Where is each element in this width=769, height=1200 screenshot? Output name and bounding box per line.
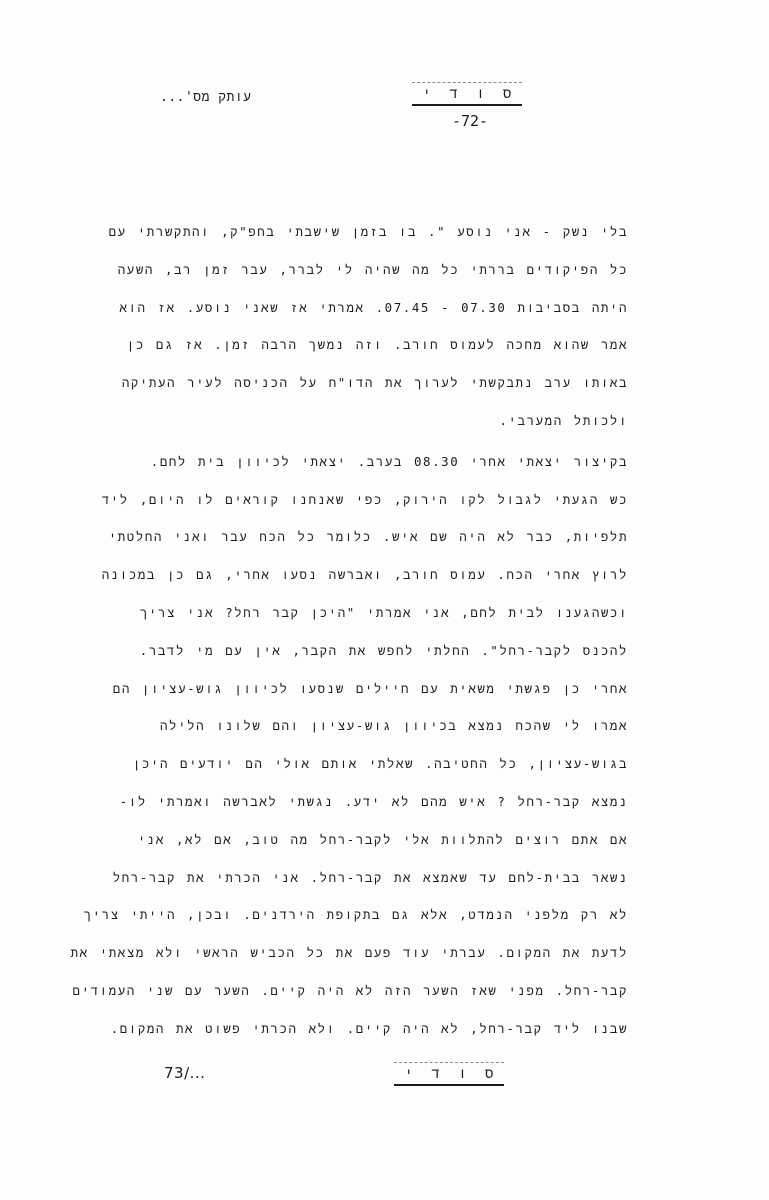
classification-text: ס ו ד י	[394, 1062, 504, 1086]
classification-stamp-top: ס ו ד י	[412, 82, 522, 106]
text-line: בגוש-עציון, כל החטיבה. שאלתי אותם אולי ה…	[150, 745, 628, 783]
text-line: תלפיות, כבר לא היה שם איש. כלומר כל הכח …	[150, 518, 628, 556]
text-line: קבר-רחל. מפני שאז השער הזה לא היה קיים. …	[150, 972, 628, 1010]
text-line: כל הפיקודים בררתי כל מה שהיה לי לברר, עב…	[150, 251, 628, 289]
text-line: נמצא קבר-רחל ? איש מהם לא ידע. נגשתי לאב…	[150, 783, 628, 821]
text-line: בלי נשק - אני נוסע ". בו בזמן שישבתי בחפ…	[150, 213, 628, 251]
text-line: כש הגעתי לגבול לקו הירוק, כפי שאנחנו קור…	[150, 481, 628, 519]
text-line: לדעת את המקום. עברתי עוד פעם את כל הכביש…	[150, 934, 628, 972]
copy-number-label: עותק מס'...	[160, 90, 300, 105]
text-line: נשאר בבית-לחם עד שאמצא את קבר-רחל. אני ה…	[150, 859, 628, 897]
classification-stamp-bottom: ס ו ד י	[394, 1062, 504, 1086]
text-line: שבנו ליד קבר-רחל, לא היה קיים. ולא הכרתי…	[150, 1010, 628, 1048]
text-line: וכשהגענו לבית לחם, אני אמרתי "היכן קבר ר…	[150, 594, 628, 632]
text-line: להכנס לקבר-רחל". החלתי לחפש את הקבר, אין…	[150, 632, 628, 670]
document-page: עותק מס'... ס ו ד י -72- בלי נשק - אני נ…	[0, 0, 769, 1200]
text-line: לא רק מלפני הנמדט, אלא גם בתקופת הירדנים…	[150, 896, 628, 934]
classification-text: ס ו ד י	[412, 82, 522, 106]
page-number: -72-	[440, 112, 500, 130]
typed-body-text: בלי נשק - אני נוסע ". בו בזמן שישבתי בחפ…	[150, 213, 628, 1048]
text-line: אמרו לי שהכח נמצא בכיוון גוש-עציון והם ש…	[150, 707, 628, 745]
continued-on-page-marker: 73/...	[164, 1064, 205, 1082]
text-line: היתה בסביבות 07.30 - 07.45. אמרתי אז שאנ…	[150, 289, 628, 327]
text-line: אחרי כן פגשתי משאית עם חיילים שנסעו לכיו…	[150, 670, 628, 708]
text-line: באותו ערב נתבקשתי לערוך את הדו"ח על הכני…	[150, 364, 628, 402]
text-line: בקיצור יצאתי אחרי 08.30 בערב. יצאתי לכיו…	[150, 443, 628, 481]
text-line: אמר שהוא מחכה לעמוס חורב. וזה נמשך הרבה …	[150, 326, 628, 364]
text-line: ולכותל המערבי.	[150, 402, 628, 440]
text-line: לרוץ אחרי הכח. עמוס חורב, ואברשה נסעו אח…	[150, 556, 628, 594]
text-line: אם אתם רוצים להתלוות אלי לקבר-רחל מה טוב…	[150, 821, 628, 859]
